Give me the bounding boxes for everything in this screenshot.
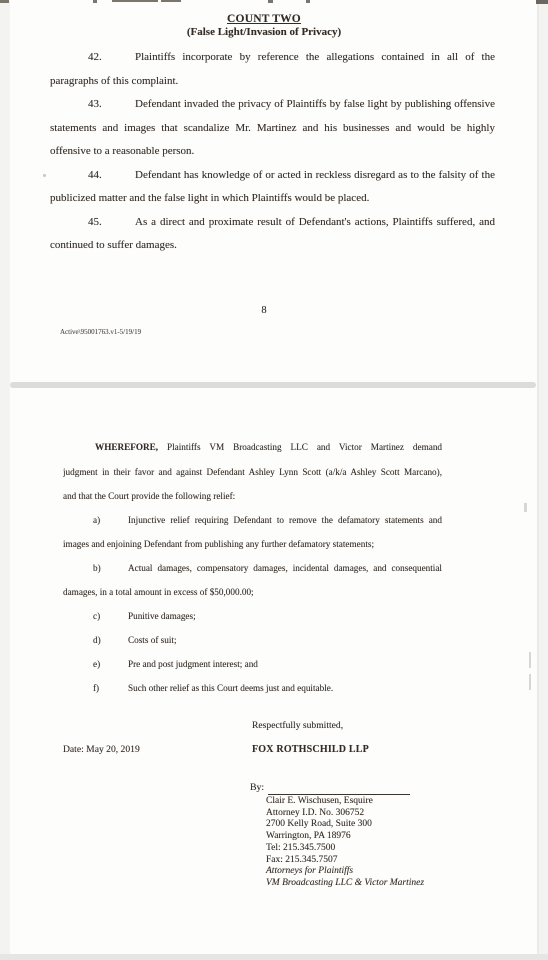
count-heading: COUNT TWO (False Light/Invasion of Priva… (50, 13, 478, 38)
wherefore-clause: WHEREFORE, Plaintiffs VM Broadcasting LL… (63, 435, 442, 509)
paragraph-number: 43. (88, 93, 135, 117)
paragraph-number: 44. (88, 164, 135, 188)
relief-text: Pre and post judgment interest; and (128, 659, 258, 669)
clipped-text-fragment (93, 0, 97, 3)
clipped-text-fragment (268, 0, 273, 3)
list-letter: a) (93, 508, 128, 532)
page1-body: 42.Plaintiffs incorporate by reference t… (50, 46, 495, 258)
scan-artifact (529, 652, 531, 668)
relief-text: Costs of suit; (128, 635, 177, 645)
wherefore-text: Plaintiffs VM Broadcasting LLC and Victo… (167, 442, 442, 452)
paragraph-text: Defendant invaded the privacy of Plainti… (135, 98, 495, 110)
attorney-name: Clair E. Wischusen, Esquire (266, 796, 424, 808)
paragraph-45-line-2: continued to suffer damages. (50, 234, 495, 258)
scan-artifact (529, 674, 531, 690)
wherefore-line-3: and that the Court provide the following… (63, 484, 442, 509)
signature-block: Clair E. Wischusen, Esquire Attorney I.D… (266, 796, 424, 890)
legal-document-scan: COUNT TWO (False Light/Invasion of Priva… (0, 0, 548, 960)
relief-text: Injunctive relief requiring Defendant to… (128, 515, 442, 525)
page-number: 8 (50, 305, 478, 316)
by-label: By: (250, 782, 264, 793)
wherefore-line-2: judgment in their favor and against Defe… (63, 460, 442, 485)
relief-text: Punitive damages; (128, 611, 196, 621)
wherefore-line-1: WHEREFORE, Plaintiffs VM Broadcasting LL… (63, 435, 442, 460)
client-names: VM Broadcasting LLC & Victor Martinez (266, 878, 424, 890)
address-line-1: 2700 Kelly Road, Suite 300 (266, 819, 424, 831)
relief-item-f: f)Such other relief as this Court deems … (63, 676, 442, 700)
paragraph-43-line-1: 43.Defendant invaded the privacy of Plai… (50, 93, 495, 117)
paragraph-44-line-2: publicized matter and the false light in… (50, 187, 495, 211)
relief-item-a-line-1: a)Injunctive relief requiring Defendant … (63, 508, 442, 532)
date-line: Date: May 20, 2019 (63, 744, 140, 755)
page-right-edge (537, 0, 539, 954)
paragraph-44-line-1: 44.Defendant has knowledge of or acted i… (50, 164, 495, 188)
paragraph-45-line-1: 45.As a direct and proximate result of D… (50, 211, 495, 235)
document-id-footer: Active\95001763.v1-5/19/19 (60, 328, 141, 336)
relief-text: Such other relief as this Court deems ju… (128, 683, 333, 693)
law-firm-name: FOX ROTHSCHILD LLP (252, 744, 369, 755)
relief-item-b-line-1: b)Actual damages, compensatory damages, … (63, 556, 442, 580)
list-letter: f) (93, 676, 128, 700)
scan-artifact (43, 174, 46, 177)
signature-line (268, 794, 410, 795)
address-line-2: Warrington, PA 18976 (266, 831, 424, 843)
relief-text: Actual damages, compensatory damages, in… (128, 563, 442, 573)
fax: Fax: 215.345.7507 (266, 855, 424, 867)
relief-item-e: e)Pre and post judgment interest; and (63, 652, 442, 676)
attorneys-for-plaintiffs: Attorneys for Plaintiffs (266, 866, 424, 878)
next-page-break-divider (0, 954, 548, 960)
relief-item-c: c)Punitive damages; (63, 604, 442, 628)
attorney-id: Attorney I.D. No. 306752 (266, 808, 424, 820)
clipped-text-fragment (112, 0, 158, 2)
count-subtitle: (False Light/Invasion of Privacy) (50, 26, 478, 38)
paragraph-42-line-1: 42.Plaintiffs incorporate by reference t… (50, 46, 495, 70)
wherefore-lead: WHEREFORE, (95, 442, 158, 452)
paragraph-43-line-2: statements and images that scandalize Mr… (50, 117, 495, 141)
paragraph-number: 42. (88, 46, 135, 70)
paragraph-text: Defendant has knowledge of or acted in r… (135, 169, 495, 181)
list-letter: e) (93, 652, 128, 676)
clipped-text-fragment (306, 0, 310, 3)
page-break-divider (10, 382, 536, 388)
clipped-text-fragment (536, 0, 548, 4)
list-letter: b) (93, 556, 128, 580)
list-letter: c) (93, 604, 128, 628)
paragraph-43-line-3: offensive to a reasonable person. (50, 140, 495, 164)
clipped-text-fragment (161, 0, 181, 2)
respectfully-submitted: Respectfully submitted, (252, 720, 343, 731)
paragraph-42-line-2: paragraphs of this complaint. (50, 70, 495, 94)
paragraph-number: 45. (88, 211, 135, 235)
telephone: Tel: 215.345.7500 (266, 843, 424, 855)
clipped-text-fragment (0, 0, 9, 3)
paragraph-text: As a direct and proximate result of Defe… (135, 216, 495, 228)
relief-list: a)Injunctive relief requiring Defendant … (63, 508, 442, 700)
relief-item-d: d)Costs of suit; (63, 628, 442, 652)
list-letter: d) (93, 628, 128, 652)
relief-item-a-line-2: images and enjoining Defendant from publ… (63, 532, 442, 556)
count-title: COUNT TWO (50, 13, 478, 25)
scan-artifact (524, 503, 527, 512)
relief-item-b-line-2: damages, in a total amount in excess of … (63, 580, 442, 604)
